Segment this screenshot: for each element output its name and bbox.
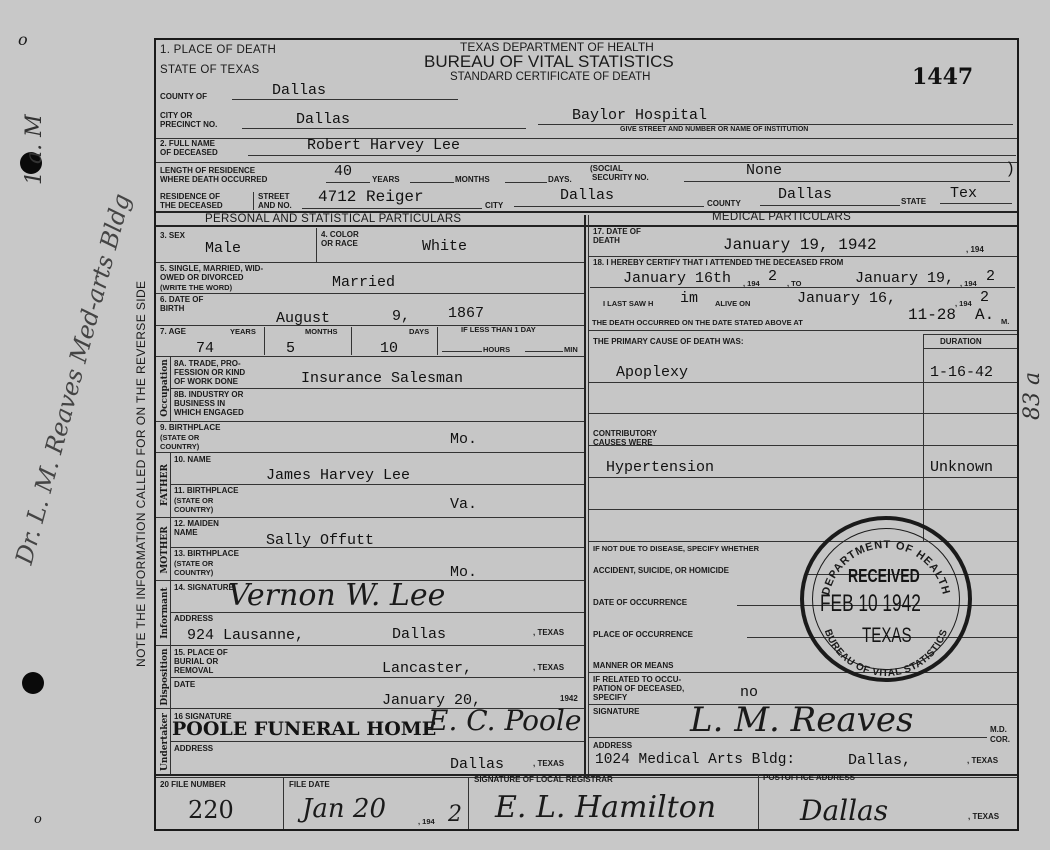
father-birthplace-label-1: 11. BIRTHPLACE	[174, 487, 238, 495]
contributory-label-2: CAUSES WERE	[593, 439, 653, 447]
years-label: YEARS	[372, 176, 400, 184]
file-year: 2	[448, 802, 462, 827]
stamp-state: TEXAS	[862, 624, 912, 648]
dob-label-2: BIRTH	[160, 305, 184, 313]
physician-signature: L. M. Reaves	[690, 700, 913, 740]
burial-label-3: REMOVAL	[174, 667, 213, 675]
industry-label-3: WHICH ENGAGED	[174, 409, 244, 417]
mother-birthplace-label-3: COUNTRY)	[174, 569, 213, 577]
residence-county: Dallas	[778, 186, 832, 203]
marital-status: Married	[332, 274, 395, 291]
ssn-close-paren: )	[1008, 160, 1013, 178]
file-year-prefix: , 194	[418, 818, 435, 826]
mother-birthplace: Mo.	[450, 564, 477, 581]
street-label-2: AND NO.	[258, 202, 292, 210]
last-saw-date: January 16,	[797, 290, 896, 307]
birthplace-label-1: 9. BIRTHPLACE	[160, 424, 220, 432]
marital-label-3: (WRITE THE WORD)	[160, 284, 232, 292]
dod-label-2: DEATH	[593, 237, 620, 245]
mother-birthplace-label-2: (STATE OR	[174, 560, 213, 568]
residence-county-label: COUNTY	[707, 200, 741, 208]
last-saw-year: 2	[980, 289, 989, 306]
age-label: 7. AGE	[160, 328, 186, 336]
color-label-2: OR RACE	[321, 240, 358, 248]
sex: Male	[205, 240, 241, 257]
father-name: James Harvey Lee	[266, 467, 410, 484]
personal-section-title: PERSONAL AND STATISTICAL PARTICULARS	[205, 213, 461, 225]
informant-city: Dallas	[392, 626, 446, 643]
physician-address: 1024 Medical Arts Bldg:	[595, 752, 795, 768]
age-years-label: YEARS	[230, 328, 256, 336]
margin-handwriting-top: 1 a. M	[22, 114, 47, 185]
undertaker-city: Dallas	[450, 756, 504, 773]
primary-cause-duration: 1-16-42	[930, 364, 993, 381]
certificate-number: 1447	[912, 64, 973, 90]
margin-handwriting-right: 83 a	[1020, 372, 1045, 420]
occurrence-place-label: PLACE OF OCCURRENCE	[593, 631, 693, 639]
institution-label: GIVE STREET AND NUMBER OR NAME OF INSTIT…	[620, 126, 808, 133]
father-birthplace: Va.	[450, 496, 477, 513]
residence-state: Tex	[950, 185, 977, 202]
file-date-label: FILE DATE	[289, 781, 330, 789]
physician-signature-label: SIGNATURE	[593, 708, 640, 716]
attended-from-year: 2	[768, 268, 777, 285]
ssn-label-2: SECURITY NO.	[592, 174, 649, 182]
occurrence-date-label: DATE OF OCCURRENCE	[593, 599, 687, 607]
death-time-label: THE DEATH OCCURRED ON THE DATE STATED AB…	[592, 319, 803, 327]
residence-state-label: STATE	[901, 198, 926, 206]
margin-mark-top: o	[18, 30, 28, 49]
city-label-2: PRECINCT NO.	[160, 121, 217, 129]
certify-label: 18. I HEREBY CERTIFY THAT I ATTENDED THE…	[593, 259, 843, 267]
ampm: A.	[975, 306, 994, 324]
state-label: STATE OF TEXAS	[160, 64, 259, 76]
residence-length-label-2: WHERE DEATH OCCURRED	[160, 176, 267, 184]
postoffice-label: POSTOFFICE ADDRESS	[763, 774, 855, 782]
file-number: 220	[188, 796, 234, 824]
informant-state: , TEXAS	[533, 629, 564, 637]
undertaker-side-label: Undertaker	[160, 705, 170, 779]
burial-year: 1942	[560, 695, 578, 703]
received-stamp: DEPARTMENT OF HEALTH BUREAU OF VITAL STA…	[800, 516, 972, 682]
burial-place: Lancaster,	[382, 660, 472, 677]
alive-on-label: ALIVE ON	[715, 300, 750, 308]
birthplace-label-2: (STATE OR	[160, 434, 199, 442]
dob-day: 9,	[392, 308, 410, 325]
age-less-than-day-label: IF LESS THAN 1 DAY	[461, 326, 536, 334]
deceased-name: Robert Harvey Lee	[307, 137, 460, 154]
father-birthplace-label-3: COUNTRY)	[174, 506, 213, 514]
margin-mark-bottom: o	[34, 812, 42, 827]
attended-to: January 19,	[855, 270, 954, 287]
residence-city: Dallas	[560, 187, 614, 204]
md-label: M.D.	[990, 726, 1007, 734]
city-of-death: Dallas	[296, 111, 350, 128]
occupation-related: no	[740, 684, 758, 701]
marital-label-2: OWED OR DIVORCED	[160, 274, 244, 282]
attended-to-year: 2	[986, 268, 995, 285]
occupation-related-label-3: SPECIFY	[593, 694, 627, 702]
informant-address-label: ADDRESS	[174, 615, 213, 623]
residence-street: 4712 Reiger	[318, 188, 424, 206]
occupation: Insurance Salesman	[301, 370, 463, 387]
days-label: DAYS.	[548, 176, 572, 184]
informant-address: 924 Lausanne,	[187, 627, 304, 644]
postoffice-address: Dallas	[800, 794, 888, 827]
age-months: 5	[286, 340, 295, 357]
mother-birthplace-label-1: 13. BIRTHPLACE	[174, 550, 239, 558]
undertaker-name-stamp: POOLE FUNERAL HOME	[172, 718, 436, 740]
file-date: Jan 20	[302, 794, 386, 824]
age-days-label: DAYS	[409, 328, 429, 336]
death-time: 11-28	[908, 306, 956, 324]
min-label: MIN	[564, 346, 578, 354]
ampm-suffix: M.	[1001, 318, 1009, 326]
duration-label: DURATION	[940, 338, 982, 346]
birthplace: Mo.	[450, 431, 477, 448]
not-disease-label: IF NOT DUE TO DISEASE, SPECIFY WHETHER	[593, 545, 759, 553]
last-saw-pronoun: im	[680, 290, 698, 307]
registrar-signature: E. L. Hamilton	[495, 790, 716, 825]
medical-section-title: MEDICAL PARTICULARS	[712, 211, 851, 223]
undertaker-state: , TEXAS	[533, 760, 564, 768]
registrar-label: SIGNATURE OF LOCAL REGISTRAR	[474, 776, 613, 784]
undertaker-address-label: ADDRESS	[174, 745, 213, 753]
burial-state: , TEXAS	[533, 664, 564, 672]
disposition-side-label: Disposition	[160, 641, 170, 713]
institution: Baylor Hospital	[572, 107, 707, 124]
residence-label-2: THE DECEASED	[160, 202, 223, 210]
residence-city-label: CITY	[485, 202, 503, 210]
certificate-subtitle: STANDARD CERTIFICATE OF DEATH	[450, 71, 650, 83]
full-name-label-2: OF DECEASED	[160, 149, 218, 157]
hours-label: HOURS	[483, 346, 510, 354]
age-days: 10	[380, 340, 398, 357]
father-side-label: FATHER	[160, 458, 170, 512]
color-race: White	[422, 238, 467, 255]
occupation-side-label: Occupation	[160, 356, 170, 420]
dod-suffix: , 194	[966, 246, 984, 254]
burial-date-label: DATE	[174, 681, 195, 689]
contributory-duration: Unknown	[930, 459, 993, 476]
physician-state: , TEXAS	[967, 757, 998, 765]
county-label: COUNTY OF	[160, 93, 207, 101]
informant-signature-label: 14. SIGNATURE	[174, 584, 234, 592]
informant-side-label: Informant	[160, 579, 170, 647]
undertaker-signature: E. C. Poole	[428, 704, 581, 737]
punch-hole-bottom	[22, 672, 44, 694]
date-of-death: January 19, 1942	[723, 236, 877, 254]
stamp-date: FEB 10 1942	[820, 590, 921, 618]
mother-side-label: MOTHER	[160, 521, 170, 579]
margin-handwriting-left: Dr. L. M. Reaves Med-arts Bldg	[10, 191, 136, 568]
father-name-label: 10. NAME	[174, 456, 211, 464]
primary-cause-label: THE PRIMARY CAUSE OF DEATH WAS:	[593, 338, 744, 346]
county-of-death: Dallas	[272, 82, 326, 99]
sex-label: 3. SEX	[160, 232, 185, 240]
trade-label-3: OF WORK DONE	[174, 378, 238, 386]
place-of-death-label: 1. PLACE OF DEATH	[160, 44, 276, 56]
birthplace-label-3: COUNTRY)	[160, 443, 199, 451]
manner-label: MANNER OR MEANS	[593, 662, 673, 670]
attended-from: January 16th	[623, 270, 731, 287]
age-years: 74	[196, 340, 214, 357]
file-number-label: 20 FILE NUMBER	[160, 781, 226, 789]
physician-address-label: ADDRESS	[593, 742, 632, 750]
last-saw-label: I LAST SAW H	[603, 300, 653, 308]
bureau-title: BUREAU OF VITAL STATISTICS	[424, 53, 674, 71]
physician-city: Dallas,	[848, 752, 911, 769]
cor-label: COR.	[990, 736, 1010, 744]
last-saw-year-prefix: , 194	[955, 300, 972, 308]
dob-year: 1867	[448, 305, 484, 322]
father-birthplace-label-2: (STATE OR	[174, 497, 213, 505]
age-months-label: MONTHS	[305, 328, 338, 336]
months-label: MONTHS	[455, 176, 490, 184]
social-security-number: None	[746, 162, 782, 179]
postoffice-state: , TEXAS	[968, 813, 999, 821]
mother-name-label-2: NAME	[174, 529, 198, 537]
stamp-received: RECEIVED	[848, 566, 920, 587]
primary-cause: Apoplexy	[616, 364, 688, 381]
informant-signature: Vernon W. Lee	[228, 578, 445, 613]
accident-label: ACCIDENT, SUICIDE, OR HOMICIDE	[593, 567, 729, 575]
reverse-side-note: NOTE THE INFORMATION CALLED FOR ON THE R…	[135, 281, 148, 667]
contributory-cause: Hypertension	[606, 459, 714, 476]
residence-years: 40	[334, 163, 352, 180]
